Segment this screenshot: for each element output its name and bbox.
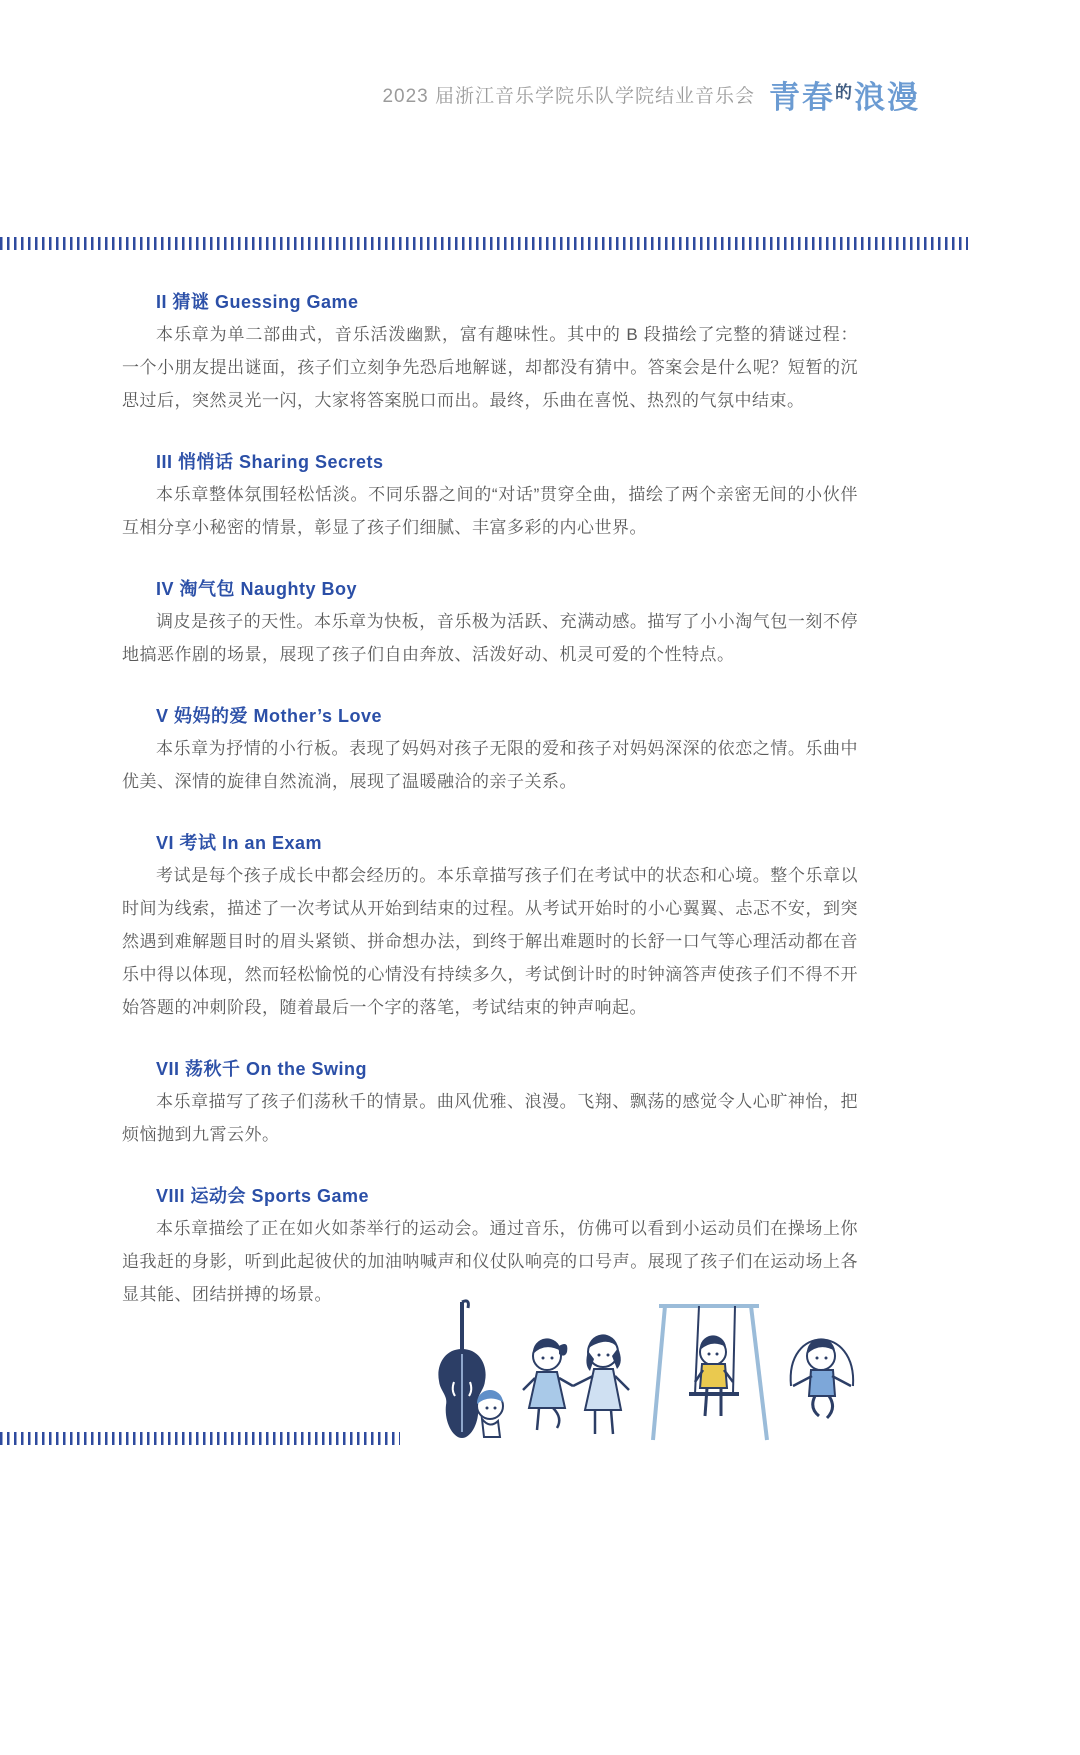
logo-part1: 青春	[769, 80, 835, 115]
top-stripe-divider	[0, 237, 968, 250]
logo-part3: 浪漫	[854, 80, 920, 115]
dancing-girls-illustration	[515, 1326, 640, 1444]
movement-section-5: V 妈妈的爱 Mother’s Love 本乐章为抒情的小行板。表现了妈妈对孩子…	[122, 702, 858, 798]
movement-section-3: III 悄悄话 Sharing Secrets 本乐章整体氛围轻松恬淡。不同乐器…	[122, 448, 858, 544]
page-header: 2023 届浙江音乐学院乐队学院结业音乐会 青春的浪漫	[382, 72, 920, 117]
movement-paragraph: 本乐章整体氛围轻松恬淡。不同乐器之间的“对话”贯穿全曲，描绘了两个亲密无间的小伙…	[122, 478, 858, 544]
movement-paragraph: 本乐章为抒情的小行板。表现了妈妈对孩子无限的爱和孩子对妈妈深深的依恋之情。乐曲中…	[122, 732, 858, 798]
jump-rope-boy-illustration	[779, 1294, 864, 1444]
movement-section-4: IV 淘气包 Naughty Boy 调皮是孩子的天性。本乐章为快板，音乐极为活…	[122, 575, 858, 671]
movement-paragraph: 本乐章描写了孩子们荡秋千的情景。曲风优雅、浪漫。飞翔、飘荡的感觉令人心旷神怡，把…	[122, 1085, 858, 1151]
concert-title: 2023 届浙江音乐学院乐队学院结业音乐会	[382, 81, 755, 108]
movement-section-2: II 猜谜 Guessing Game 本乐章为单二部曲式，音乐活泼幽默，富有趣…	[122, 288, 858, 417]
movement-section-7: VII 荡秋千 On the Swing 本乐章描写了孩子们荡秋千的情景。曲风优…	[122, 1055, 858, 1151]
children-illustrations	[428, 1292, 864, 1444]
movement-paragraph: 考试是每个孩子成长中都会经历的。本乐章描写孩子们在考试中的状态和心境。整个乐章以…	[122, 859, 858, 1024]
boy-on-swing-illustration	[647, 1294, 772, 1444]
movement-paragraph: 本乐章为单二部曲式，音乐活泼幽默，富有趣味性。其中的 B 段描绘了完整的猜谜过程…	[122, 318, 858, 417]
youth-romance-logo: 青春的浪漫	[769, 72, 920, 117]
program-notes: II 猜谜 Guessing Game 本乐章为单二部曲式，音乐活泼幽默，富有趣…	[122, 288, 858, 1342]
movement-heading: IV 淘气包 Naughty Boy	[122, 575, 858, 601]
double-bass-child-illustration	[428, 1294, 508, 1444]
movement-heading: VII 荡秋千 On the Swing	[122, 1055, 858, 1081]
movement-heading: II 猜谜 Guessing Game	[122, 288, 858, 314]
logo-part2: 的	[835, 83, 854, 102]
movement-heading: VIII 运动会 Sports Game	[122, 1182, 858, 1208]
movement-heading: VI 考试 In an Exam	[122, 829, 858, 855]
movement-paragraph: 调皮是孩子的天性。本乐章为快板，音乐极为活跃、充满动感。描写了小小淘气包一刻不停…	[122, 605, 858, 671]
movement-section-6: VI 考试 In an Exam 考试是每个孩子成长中都会经历的。本乐章描写孩子…	[122, 829, 858, 1024]
movement-heading: V 妈妈的爱 Mother’s Love	[122, 702, 858, 728]
bottom-stripe-divider	[0, 1432, 400, 1445]
movement-heading: III 悄悄话 Sharing Secrets	[122, 448, 858, 474]
